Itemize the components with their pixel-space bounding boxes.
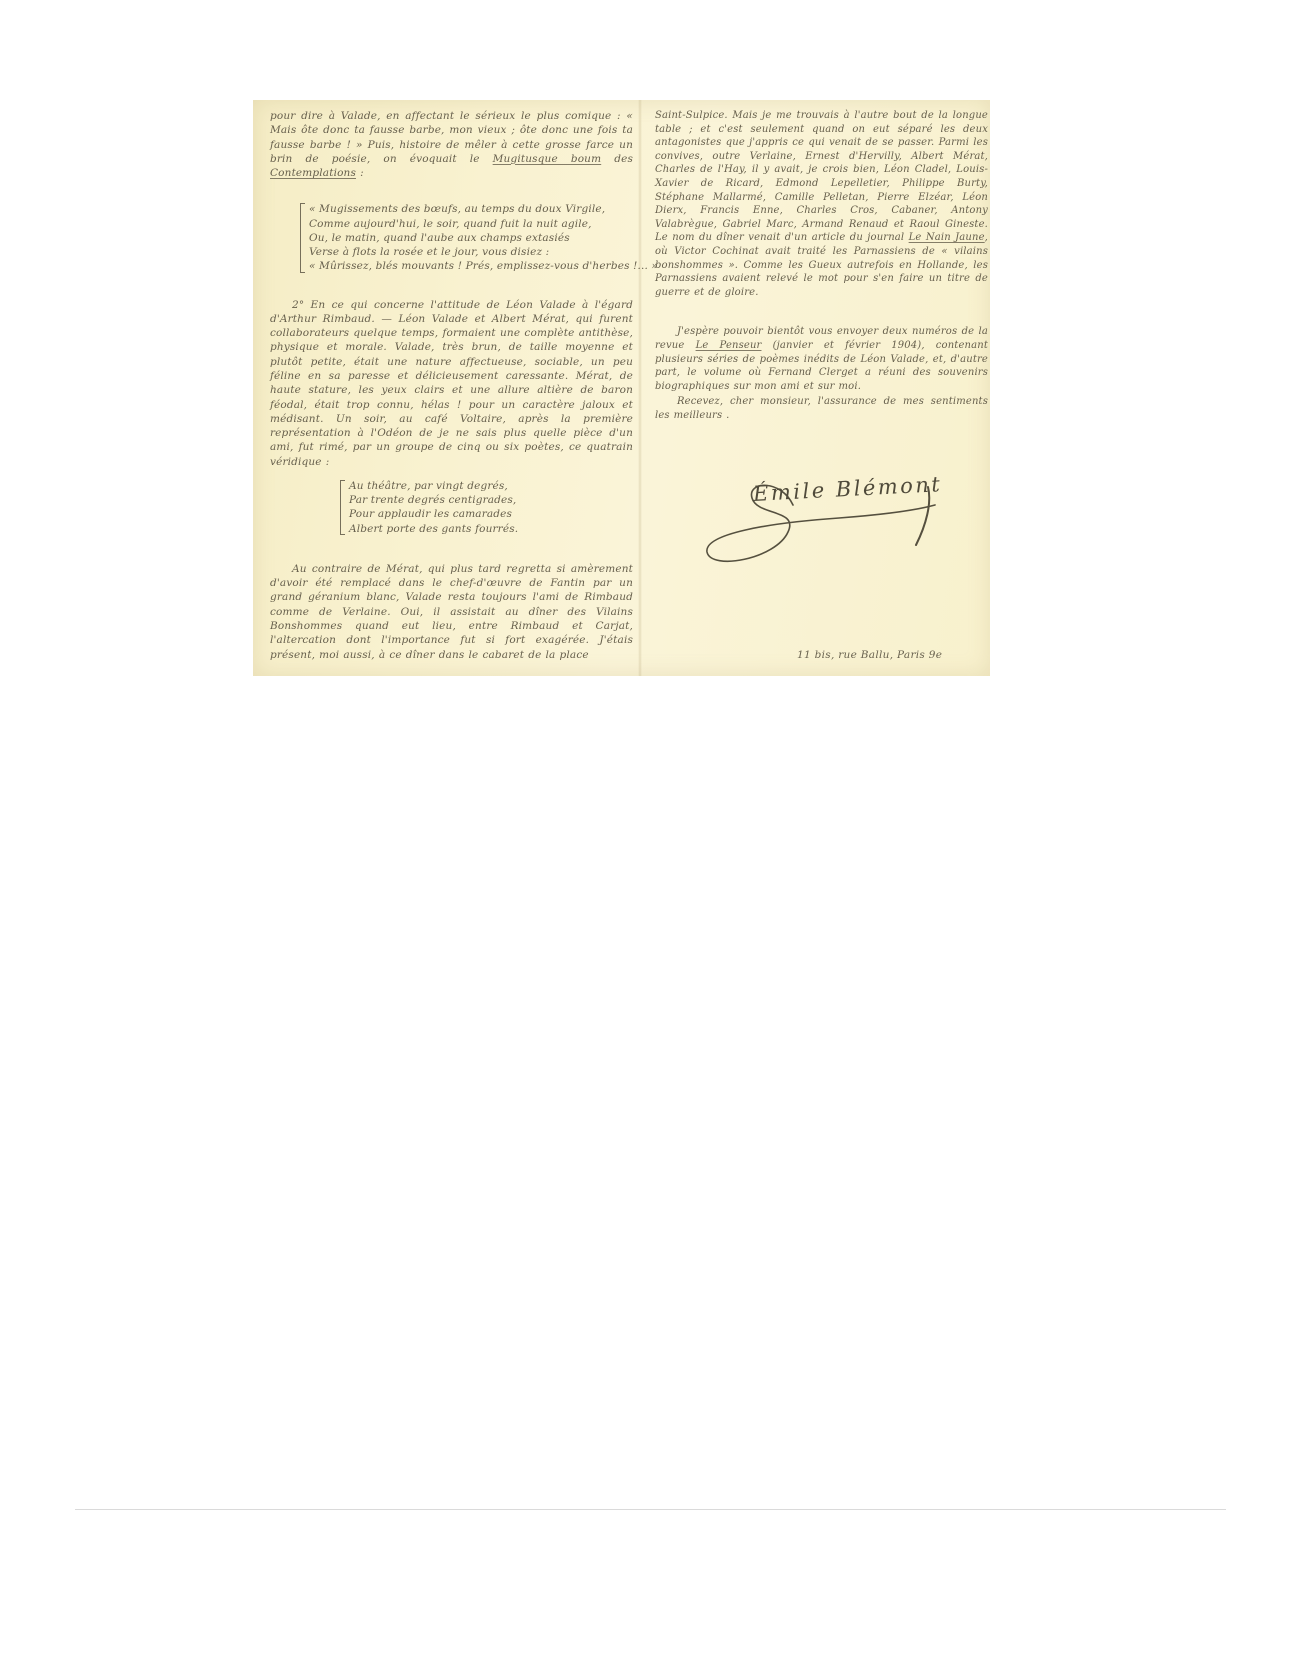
verse-quote-hugo: « Mugissements des bœufs, au temps du do… bbox=[300, 202, 633, 273]
underlined-title: Mugitusque boum bbox=[493, 153, 602, 165]
verse-line: Ou, le matin, quand l'aube aux champs ex… bbox=[309, 231, 633, 245]
center-fold bbox=[638, 100, 642, 676]
letter-scan: pour dire à Valade, en affectant le séri… bbox=[253, 100, 990, 676]
verse-line: Albert porte des gants fourrés. bbox=[349, 522, 633, 536]
verse-line: Au théâtre, par vingt degrés, bbox=[349, 479, 633, 493]
letter-right-page: Saint-Sulpice. Mais je me trouvais à l'a… bbox=[655, 109, 988, 667]
paragraph-saint-sulpice: Saint-Sulpice. Mais je me trouvais à l'a… bbox=[655, 109, 988, 299]
paragraph-text: des bbox=[601, 153, 633, 165]
underlined-title: Contemplations bbox=[270, 167, 356, 179]
letter-left-page: pour dire à Valade, en affectant le séri… bbox=[270, 109, 633, 662]
verse-bracket bbox=[300, 203, 305, 272]
signature-emile-blemont: Émile Blémont bbox=[695, 461, 955, 591]
verse-quatrain: Au théâtre, par vingt degrés, Par trente… bbox=[340, 479, 633, 536]
verse-line: Pour applaudir les camarades bbox=[349, 507, 633, 521]
paragraph-diner: Au contraire de Mérat, qui plus tard reg… bbox=[270, 562, 633, 662]
page-divider bbox=[75, 1509, 1226, 1510]
verse-bracket bbox=[340, 480, 345, 535]
paragraph-text: : bbox=[356, 167, 364, 179]
verse-line: « Mûrissez, blés mouvants ! Prés, emplis… bbox=[309, 259, 633, 273]
verse-line: Comme aujourd'hui, le soir, quand fuit l… bbox=[309, 217, 633, 231]
paragraph-envoi: J'espère pouvoir bientôt vous envoyer de… bbox=[655, 325, 988, 393]
underlined-revue: Le Penseur bbox=[696, 340, 762, 351]
verse-line: Par trente degrés centigrades, bbox=[349, 493, 633, 507]
paragraph-intro: pour dire à Valade, en affectant le séri… bbox=[270, 109, 633, 180]
paragraph-text: Saint-Sulpice. Mais je me trouvais à l'a… bbox=[655, 110, 988, 243]
verse-line: Verse à flots la rosée et le jour, vous … bbox=[309, 245, 633, 259]
paragraph-valade-merat: 2° En ce qui concerne l'attitude de Léon… bbox=[270, 298, 633, 469]
verse-line: « Mugissements des bœufs, au temps du do… bbox=[309, 202, 633, 216]
closing-salutation: Recevez, cher monsieur, l'assurance de m… bbox=[655, 395, 988, 422]
underlined-journal: Le Nain Jaune bbox=[909, 232, 985, 243]
sender-address: 11 bis, rue Ballu, Paris 9e bbox=[797, 649, 942, 661]
